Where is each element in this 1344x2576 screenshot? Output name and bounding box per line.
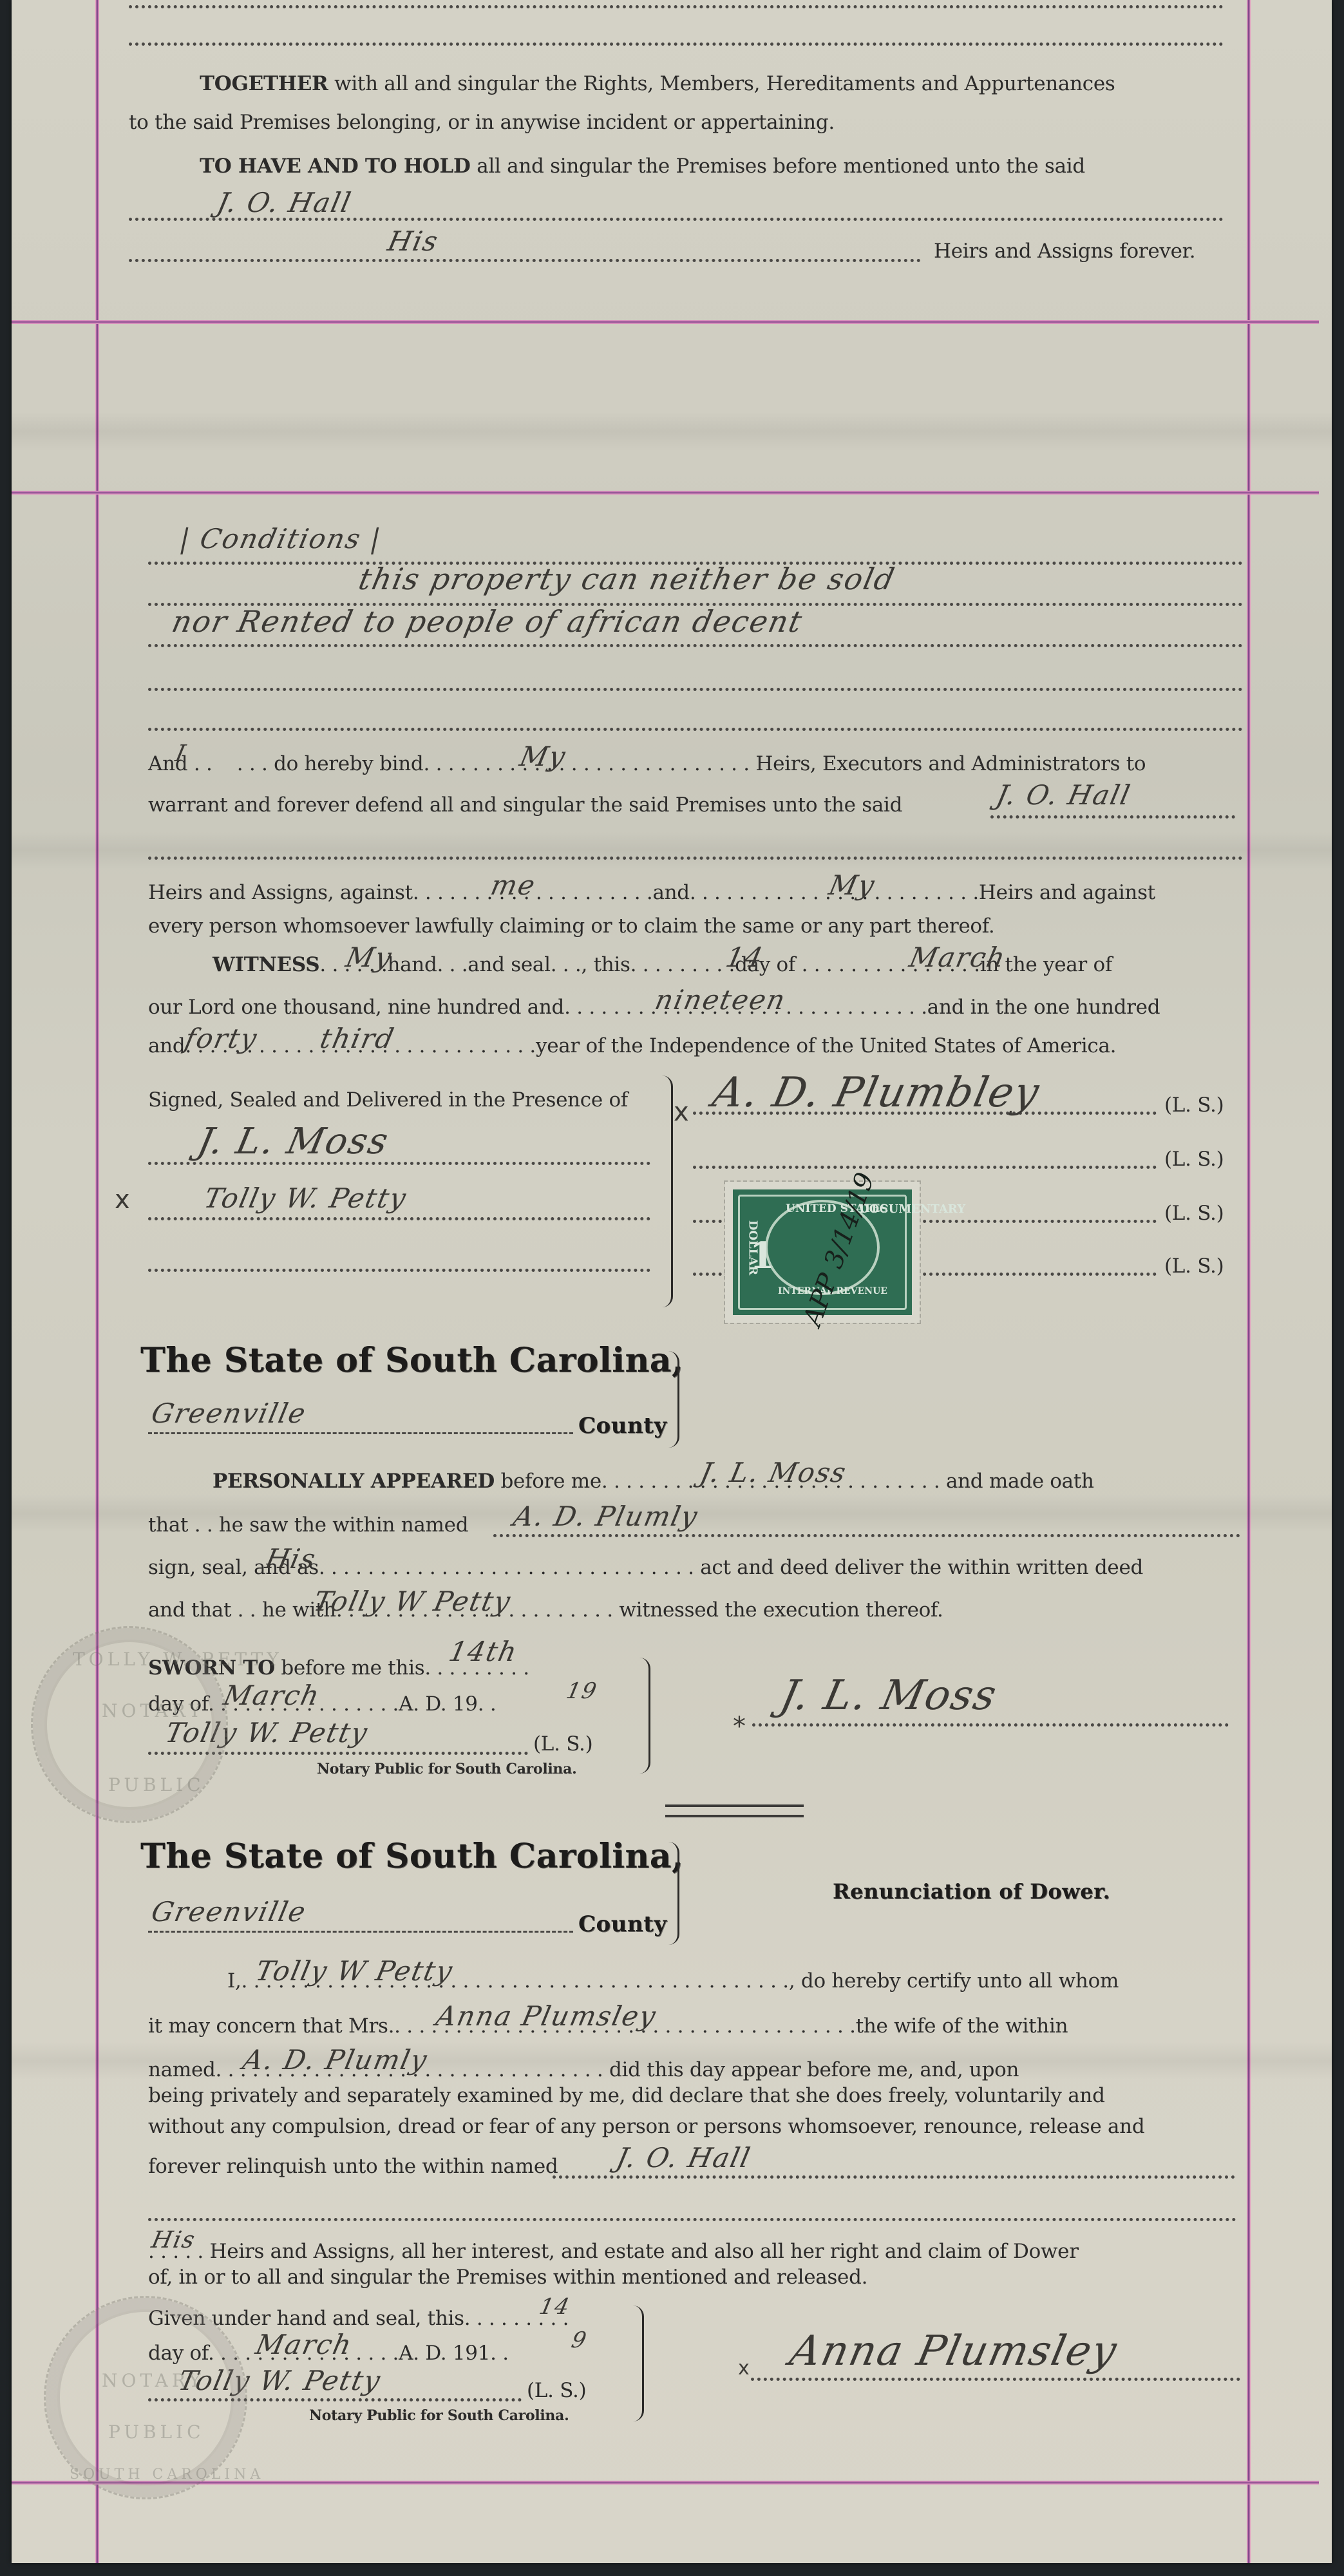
- notary-seal-mid-text: NOTARY: [102, 2370, 205, 2391]
- grantor-signature: A. D. Plumbley: [708, 1069, 1044, 1117]
- county-line: [148, 1431, 573, 1434]
- grantee-line: [990, 813, 1235, 819]
- probate-brace: [668, 1351, 679, 1448]
- paper-fold-shadow: [12, 412, 1332, 451]
- hand-label: hand: [387, 953, 437, 976]
- cowitness-handwritten: Tolly W Petty: [311, 1586, 515, 1617]
- together-clause: TOGETHER with all and singular the Right…: [200, 72, 1115, 95]
- left-margin-rule: [95, 0, 99, 2563]
- witness-1-signature: J. L. Moss: [194, 1121, 393, 1162]
- independence-label: year of the Independence of the United S…: [536, 1034, 1116, 1057]
- notary-caption: Notary Public for South Carolina.: [317, 1761, 576, 1777]
- act-deed-label: act and deed deliver the within written …: [700, 1556, 1143, 1579]
- warranty-line-1: And . . . . . do hereby bind. . . . . . …: [148, 752, 1146, 775]
- fold-rule-bottom: [12, 491, 1319, 495]
- given-month-handwritten: March: [253, 2329, 355, 2360]
- me-handwritten: me: [488, 869, 539, 901]
- conditions-line-2-handwritten: nor Rented to people of african decent: [169, 604, 806, 639]
- certify-label: , do hereby certify unto all whom: [789, 1969, 1119, 1993]
- county-label: County: [578, 1911, 667, 1937]
- ls-label-2: (L. S.): [1164, 1148, 1224, 1171]
- affiant-signature-line: [752, 1721, 1229, 1727]
- our-lord-label: our Lord one thousand, nine hundred and: [148, 996, 564, 1019]
- wife-name-handwritten: Anna Plumsley: [433, 2000, 659, 2032]
- fold-rule-top: [12, 320, 1319, 324]
- paper-fold-shadow: [12, 831, 1332, 869]
- concern-label: it may concern that Mrs.: [148, 2014, 394, 2038]
- witness-label: WITNESS: [213, 953, 319, 976]
- saw-within-named-line: that . . he saw the within named: [148, 1513, 468, 1537]
- husband-name-handwritten: A. D. Plumly: [240, 2044, 431, 2076]
- before-me-this-label: before me this: [275, 1656, 425, 1680]
- county-handwritten: Greenville: [149, 1896, 310, 1927]
- ad-label: A. D. 19: [399, 1692, 478, 1716]
- heirs-and-against-label: Heirs and against: [979, 881, 1155, 904]
- dower-line-4: being privately and separately examined …: [148, 2084, 1105, 2107]
- conditions-line-1-handwritten: this property can neither be sold: [355, 562, 898, 596]
- notary-seal-mid-text: NOTARY: [102, 1700, 205, 1721]
- given-brace: [633, 2306, 644, 2421]
- before-me-label: before me: [495, 1470, 601, 1493]
- witness-2-signature: Tolly W. Petty: [202, 1182, 410, 1214]
- personally-appeared-line: PERSONALLY APPEARED before me. . . . . .…: [213, 1470, 1094, 1493]
- signature-line-2: [693, 1163, 1157, 1169]
- notary-seal-low-text: PUBLIC: [108, 2421, 205, 2443]
- sworn-month-handwritten: March: [221, 1680, 323, 1711]
- one-hundred-label: and in the one hundred: [927, 996, 1160, 1019]
- blank-line: [148, 641, 1243, 647]
- independence-handwritten-2: third: [317, 1023, 398, 1054]
- dower-state-heading: The State of South Carolina,: [140, 1837, 684, 1876]
- warranty-line-2: warrant and forever defend all and singu…: [148, 793, 902, 817]
- grantee-name-handwritten: J. O. Hall: [614, 2142, 754, 2173]
- notary-seal-bottom-text: SOUTH CAROLINA: [70, 2467, 264, 2483]
- i-label: I,: [227, 1969, 241, 1993]
- signed-sealed-delivered: Signed, Sealed and Delivered in the Pres…: [148, 1088, 628, 1112]
- made-oath-label: and made oath: [946, 1470, 1094, 1493]
- and-that-label: and that . . he with: [148, 1598, 336, 1622]
- x-mark: x: [115, 1185, 130, 1215]
- did-appear-label: did this day appear before me, and, upon: [609, 2058, 1019, 2081]
- his-line: [129, 256, 921, 262]
- notary-seal-top-text: TOLLY W. PETTY: [73, 1649, 283, 1670]
- probate-state-heading: The State of South Carolina,: [140, 1341, 684, 1380]
- his-handwritten: His: [263, 1543, 319, 1575]
- conditions-heading-handwritten: | Conditions |: [177, 523, 384, 554]
- witness-line-3: and. . . . . . . . . . . . . . . . . . .…: [148, 1034, 1116, 1057]
- together-line-2: to the said Premises belonging, or in an…: [129, 111, 835, 134]
- bind-label: do hereby bind: [274, 752, 423, 775]
- warranty-line-3: Heirs and Assigns, against. . . . . . . …: [148, 881, 1155, 904]
- x-mark: x: [674, 1097, 689, 1127]
- dower-brace: [668, 1842, 679, 1945]
- and-label: and: [652, 881, 689, 904]
- witness-2-line: [148, 1215, 650, 1220]
- personally-appeared-lead: PERSONALLY APPEARED: [213, 1470, 495, 1493]
- and-label: and: [148, 1034, 185, 1057]
- heirs-assigns-forever: Heirs and Assigns forever.: [934, 240, 1195, 263]
- independence-handwritten-1: forty: [182, 1023, 261, 1054]
- to-have-clause: TO HAVE AND TO HOLD all and singular the…: [200, 155, 1085, 178]
- blank-line: [148, 854, 1243, 860]
- witness-3-line: [148, 1266, 650, 1272]
- grantor-line: [493, 1531, 1240, 1537]
- together-lead: TOGETHER: [200, 72, 328, 95]
- given-day-handwritten: 14: [537, 2294, 573, 2320]
- county-handwritten: Greenville: [149, 1397, 310, 1429]
- ls-label-3: (L. S.): [1164, 1202, 1224, 1225]
- wife-signature: Anna Plumsley: [786, 2327, 1122, 2375]
- ls-label-4: (L. S.): [1164, 1255, 1224, 1278]
- sworn-brace: [639, 1658, 650, 1774]
- to-have-lead: TO HAVE AND TO HOLD: [200, 155, 471, 178]
- stamp-numeral: 1: [750, 1235, 775, 1277]
- dower-line-8: of, in or to all and singular the Premis…: [148, 2266, 867, 2289]
- blank-line: [148, 725, 1243, 731]
- warranty-line-4: every person whomsoever lawfully claimin…: [148, 914, 994, 938]
- together-rest: with all and singular the Rights, Member…: [328, 72, 1115, 95]
- dower-title: Renunciation of Dower.: [833, 1879, 1110, 1904]
- month-handwritten: March: [907, 942, 1009, 973]
- his-handwritten: His: [149, 2227, 198, 2253]
- grantee-line: [553, 2173, 1235, 2179]
- my-handwritten: My: [826, 869, 878, 901]
- day-handwritten: 14: [723, 942, 767, 973]
- revenue-stamp: UNITED STATES DOCUMENTARY DOLLAR 1 INTER…: [725, 1182, 920, 1323]
- county-line: [148, 1929, 573, 1933]
- witnessed-label: witnessed the execution thereof.: [619, 1598, 943, 1622]
- and-seal-label: and seal: [468, 953, 550, 976]
- grantee-name-handwritten: J. O. Hall: [994, 779, 1134, 811]
- ls-label: (L. S.): [527, 2379, 586, 2402]
- his-handwritten: His: [385, 225, 442, 257]
- ad-label: A. D. 191: [399, 2342, 490, 2365]
- star-mark: *: [733, 1712, 746, 1741]
- notary-name-handwritten: Tolly W Petty: [253, 1955, 457, 1987]
- to-have-rest: all and singular the Premises before men…: [471, 155, 1085, 178]
- ls-label-1: (L. S.): [1164, 1094, 1224, 1117]
- notary-caption: Notary Public for South Carolina.: [309, 2407, 569, 2424]
- dower-line-5: without any compulsion, dread or fear of…: [148, 2115, 1144, 2138]
- notary-seal-low-text: PUBLIC: [108, 1774, 205, 1795]
- affiant-signature: J. L. Moss: [776, 1672, 1001, 1719]
- named-label: named: [148, 2058, 216, 2081]
- blank-line: [148, 2215, 1236, 2221]
- sworn-day-handwritten: 14th: [446, 1636, 521, 1667]
- wife-signature-line: [751, 2375, 1240, 2381]
- section-divider: [665, 1804, 804, 1817]
- heirs-executors-label: Heirs, Executors and Administrators to: [755, 752, 1146, 775]
- blank-line: [129, 40, 1224, 46]
- dower-line-6: forever relinquish unto the within named: [148, 2155, 558, 2178]
- deed-page: TOGETHER with all and singular the Right…: [12, 0, 1332, 2563]
- given-year-handwritten: 9: [569, 2327, 590, 2353]
- signature-brace: [662, 1075, 673, 1307]
- stamp-right-text: DOCUMENTARY: [859, 1202, 965, 1216]
- year-handwritten: nineteen: [652, 984, 789, 1016]
- sworn-year-handwritten: 19: [564, 1678, 600, 1704]
- blank-line: [129, 3, 1224, 8]
- affiant-handwritten: J. L. Moss: [697, 1457, 850, 1488]
- x-mark: x: [738, 2357, 750, 2380]
- wife-of-label: the wife of the within: [856, 2014, 1068, 2038]
- right-margin-rule: [1247, 0, 1251, 2563]
- my-handwritten: My: [343, 942, 395, 973]
- my-handwritten: My: [517, 741, 569, 772]
- heirs-interest-label: Heirs and Assigns, all her interest, and…: [210, 2240, 1079, 2263]
- blank-line: [148, 685, 1243, 691]
- grantor-handwritten: A. D. Plumly: [511, 1501, 701, 1532]
- this-label: , this: [581, 953, 630, 976]
- county-label: County: [578, 1413, 667, 1439]
- heirs-assigns-against-label: Heirs and Assigns, against: [148, 881, 413, 904]
- ls-label: (L. S.): [533, 1732, 592, 1756]
- and-that-with-line: and that . . he with. . . . . . . . . . …: [148, 1598, 943, 1622]
- grantee-name-handwritten: J. O. Hall: [214, 187, 355, 218]
- dower-line-7: . . . . . Heirs and Assigns, all her int…: [148, 2240, 1079, 2263]
